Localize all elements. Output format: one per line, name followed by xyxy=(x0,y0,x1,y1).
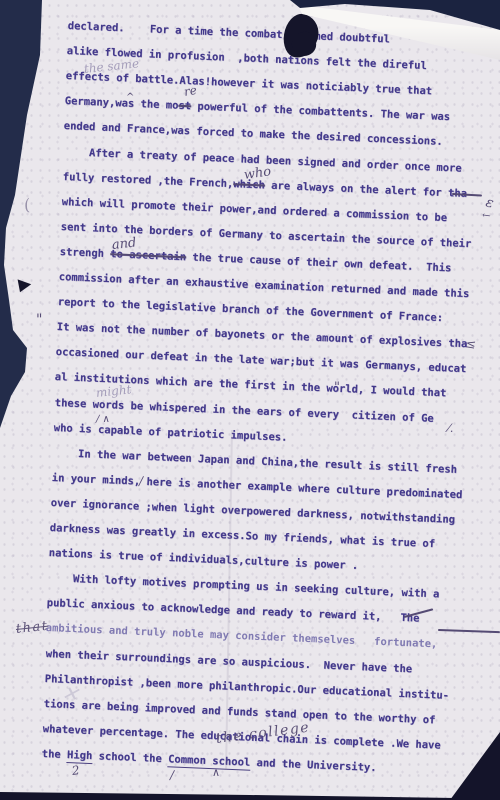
handwritten-annotation: ( xyxy=(22,195,32,215)
paper: declared. For a time the combat med doub… xyxy=(0,0,500,800)
handwritten-annotation: " xyxy=(36,312,42,328)
typed-text: occasioned our defeat in the late war;bu… xyxy=(56,346,467,375)
typed-line: report to the legislative branch of the … xyxy=(58,296,444,324)
typed-text: the xyxy=(41,748,67,761)
torn-edge-left xyxy=(0,0,56,440)
pen-stroke xyxy=(438,629,500,633)
typed-line: these words be whispered in the ears of … xyxy=(54,397,433,425)
typed-line: With lofty motives prompting us in seeki… xyxy=(48,572,440,600)
handwritten-annotation: ← xyxy=(481,210,491,222)
typed-line: tions are being improved and funds stand… xyxy=(43,698,435,726)
typed-text: commission after an exhaustive examinati… xyxy=(58,271,469,300)
torn-spot-left xyxy=(16,277,32,293)
handwritten-annotation: 2 xyxy=(71,763,81,778)
typed-text: Philanthropist ,been more philanthropic.… xyxy=(44,673,449,702)
typed-line: occasioned our defeat in the late war;bu… xyxy=(56,346,467,375)
typed-text: In the war between Japan and China,the r… xyxy=(52,447,457,476)
typed-line: It was not the number of bayonets or the… xyxy=(57,321,468,350)
typed-line: Philanthropist ,been more philanthropic.… xyxy=(44,673,449,702)
typed-line: the High school the Common school and th… xyxy=(41,748,376,774)
typed-text: ended and France,was forced to make the … xyxy=(64,120,443,148)
typed-line: In the war between Japan and China,the r… xyxy=(52,447,457,476)
typed-line: effects of battle.Alas!however it was no… xyxy=(66,70,433,97)
typed-text: strengh xyxy=(59,246,110,260)
typed-text: powerful of the combattents. The war was xyxy=(191,101,450,124)
handwritten-annotation: ^ xyxy=(126,92,134,103)
underlined-text: Common school xyxy=(168,753,251,770)
handwritten-annotation: ε xyxy=(484,194,495,211)
typed-line: commission after an exhaustive examinati… xyxy=(58,271,469,300)
handwritten-annotation: that xyxy=(15,619,49,637)
typed-text: are always on the alert for tha xyxy=(264,179,467,199)
typed-text: and the University. xyxy=(250,757,377,774)
typed-line: ended and France,was forced to make the … xyxy=(64,120,443,148)
handwritten-annotation: ≤ xyxy=(465,336,477,352)
typed-text: declared. For a time the combat med doub… xyxy=(67,20,390,45)
typed-line: public anxious to acknowledge and ready … xyxy=(47,597,420,625)
typed-text: public anxious to acknowledge and ready … xyxy=(47,597,420,625)
handwritten-annotation: ∕ xyxy=(139,474,143,488)
typed-line: declared. For a time the combat med doub… xyxy=(67,20,390,45)
underlined-text: High xyxy=(67,749,93,764)
typed-text: ambitious and truly noble may consider t… xyxy=(46,622,438,650)
typed-line: Germany,was the most powerful of the com… xyxy=(65,95,451,123)
typed-text: Germany,was the mo xyxy=(65,95,179,112)
typed-text: nations is true of individuals,culture i… xyxy=(49,547,359,572)
handwritten-annotation: ∕ xyxy=(170,768,174,782)
handwritten-annotation: and xyxy=(111,235,137,252)
typed-text: which will promote their power,and order… xyxy=(61,196,447,224)
handwritten-annotation: might xyxy=(95,382,132,400)
typed-text: these words be whispered in the ears of … xyxy=(54,397,433,425)
typed-text: It was not the number of bayonets or the… xyxy=(57,321,468,350)
typed-line: in your minds, here is another example w… xyxy=(51,472,462,501)
typed-text: school the xyxy=(92,750,168,765)
typed-line: darkness was greatly in excess.So my fri… xyxy=(49,522,435,550)
typed-text: With lofty motives prompting us in seeki… xyxy=(48,572,440,600)
handwritten-annotation: ∧ xyxy=(212,766,220,779)
typed-line: over ignorance ;when light overpowered d… xyxy=(50,497,455,526)
typed-text: over ignorance ;when light overpowered d… xyxy=(50,497,455,526)
typed-text: darkness was greatly in excess.So my fri… xyxy=(49,522,435,550)
typed-line: ambitious and truly noble may consider t… xyxy=(46,622,438,650)
photo-background: declared. For a time the combat med doub… xyxy=(0,0,500,800)
typed-text: tions are being improved and funds stand… xyxy=(43,698,435,726)
typed-text: report to the legislative branch of the … xyxy=(58,296,444,324)
torn-corner-bottom-right xyxy=(440,726,500,800)
handwritten-annotation: ∕ ∧ xyxy=(96,414,110,425)
typed-text: fully restored ,the French, xyxy=(62,171,233,190)
torn-edge-bottom xyxy=(0,786,500,800)
handwritten-annotation: " xyxy=(334,380,340,395)
typed-text: effects of battle.Alas!however it was no… xyxy=(66,70,433,97)
typed-line: nations is true of individuals,culture i… xyxy=(49,547,359,572)
handwritten-annotation: ⁄. xyxy=(448,422,453,435)
typed-text: the true cause of their own defeat. This xyxy=(186,251,452,274)
typed-line: who is capable of patriotic impulses. xyxy=(53,422,287,444)
typed-line: which will promote their power,and order… xyxy=(61,196,447,224)
handwritten-annotation: re xyxy=(183,83,198,99)
typed-text: who is capable of patriotic impulses. xyxy=(53,422,287,444)
typed-text: in your minds, here is another example w… xyxy=(51,472,462,501)
